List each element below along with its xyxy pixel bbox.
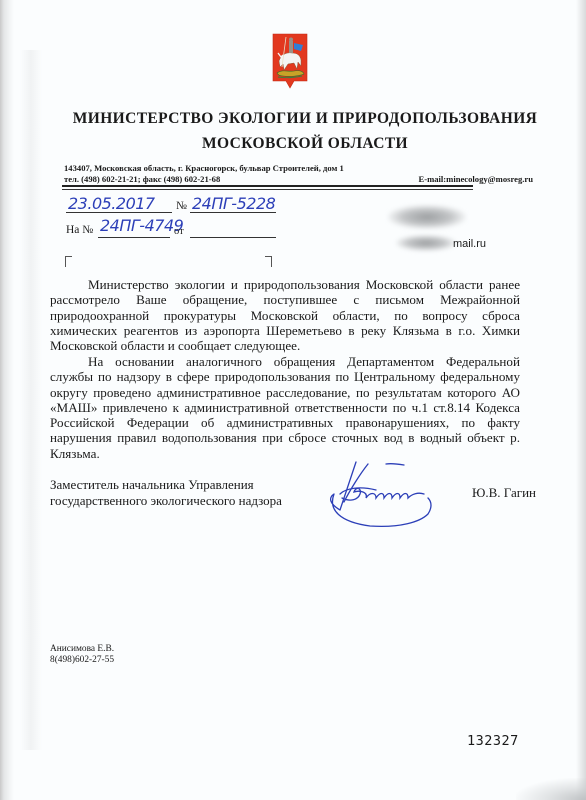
redacted-recipient-email (396, 235, 456, 251)
signer-position: Заместитель начальника Управления госуда… (50, 477, 282, 508)
from-label: от (174, 226, 184, 237)
ministry-email: E-mail:minecology@mosreg.ru (418, 174, 533, 184)
handwritten-signature-icon (320, 460, 450, 530)
address-bracket-top-right (265, 256, 272, 267)
ministry-phones: тел. (498) 602-21-21; факс (498) 602-21-… (64, 174, 220, 185)
reply-to-label: На № (66, 224, 93, 236)
handwritten-outgoing-number: 24ПГ-5228 (192, 194, 275, 213)
header-rule-thick (62, 185, 473, 187)
signer-position-line2: государственного экологического надзора (50, 493, 282, 509)
executor-block: Анисимова Е.В. 8(498)602-27-55 (50, 644, 114, 666)
address-bracket-top-left (65, 256, 72, 267)
signer-position-line1: Заместитель начальника Управления (50, 477, 282, 493)
number-field-line (190, 212, 276, 213)
reply-number-field-line (98, 237, 170, 238)
ministry-title-line1: МИНИСТЕРСТВО ЭКОЛОГИИ И ПРИРОДОПОЛЬЗОВАН… (12, 110, 586, 128)
signer-name: Ю.В. Гагин (472, 485, 536, 501)
handwritten-reply-number: 24ПГ-4749 (100, 216, 183, 235)
executor-name: Анисимова Е.В. (50, 644, 114, 655)
scan-shadow (20, 50, 42, 750)
ministry-address: 143407, Московская область, г. Красногор… (64, 163, 344, 174)
ministry-title-line2: МОСКОВСКОЙ ОБЛАСТИ (12, 135, 586, 153)
recipient-email-domain: mail.ru (453, 238, 486, 250)
executor-phone: 8(498)602-27-55 (50, 655, 114, 666)
document-serial-number: 132327 (467, 733, 519, 749)
date-field-line (66, 212, 172, 213)
letter-body-2: На основании аналогичного обращения Депа… (50, 354, 520, 461)
body-paragraph-2: На основании аналогичного обращения Депа… (50, 354, 520, 461)
from-date-field-line (190, 237, 276, 238)
letter-body: Министерство экологии и природопользован… (50, 277, 520, 353)
number-label: № (176, 200, 187, 212)
header-rule-thin (62, 189, 473, 190)
redacted-recipient-name (388, 205, 466, 229)
handwritten-date: 23.05.2017 (68, 194, 155, 213)
moscow-oblast-coat-of-arms-icon (272, 33, 308, 89)
scan-smudge (516, 778, 586, 800)
body-paragraph-1: Министерство экологии и природопользован… (50, 277, 520, 353)
